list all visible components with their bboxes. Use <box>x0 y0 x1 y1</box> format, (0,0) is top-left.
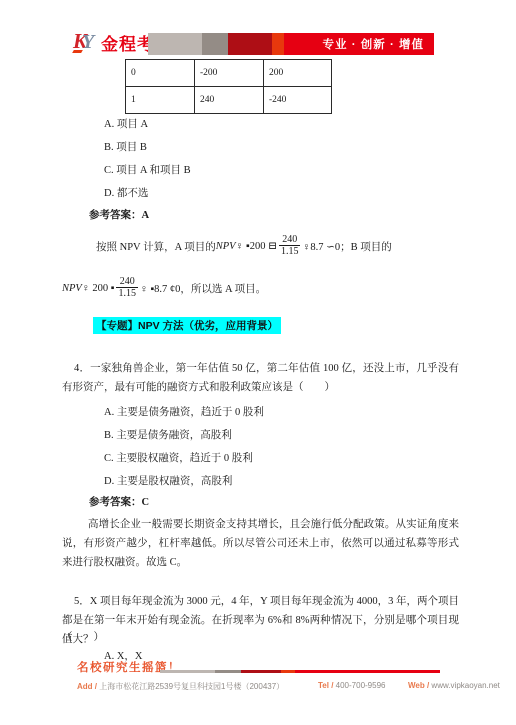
tel-label: Tel / <box>318 681 333 690</box>
q3-answer: 参考答案：A <box>89 207 149 222</box>
q3-solution-line-2: NPV ♀ 200 ▪2401.15 ♀ ▪8.7 ¢0，所以选 A 项目。 <box>62 276 266 300</box>
q3-option-b: B. 项目 B <box>104 139 147 154</box>
header-bar-segment-orange <box>272 33 284 55</box>
q5-bracket: （ ） <box>62 629 104 644</box>
footer-telephone: Tel / 400-700-9596 <box>318 681 385 690</box>
formula-text: ♀ ▪200 ⊟ <box>236 240 277 252</box>
document-page: K Y 金程考研 专业 · 创新 · 增值 0 -200 200 1 240 -… <box>0 0 516 725</box>
formula-text: ♀8.7 ∽0；B 项目的 <box>302 239 391 254</box>
header-bar-segment-lightgray <box>148 33 202 55</box>
header-bar-segment-darkred <box>228 33 272 55</box>
q4-answer: 参考答案：C <box>89 494 149 509</box>
q4-option-c: C. 主要股权融资，趋近于 0 股利 <box>104 450 253 465</box>
web-value: www.vipkaoyan.net <box>431 681 499 690</box>
q4-option-d: D. 主要是股权融资，高股利 <box>104 473 232 488</box>
q3-option-d: D. 都不选 <box>104 185 148 200</box>
q3-solution-line-1: 按照 NPV 计算，A 项目的 NPV ♀ ▪200 ⊟2401.15 ♀8.7… <box>96 234 392 258</box>
table-cell: 1 <box>126 87 195 114</box>
q4-explanation: 高增长企业一般需要长期资金支持其增长，且会施行低分配政策。从实证角度来说，有形资… <box>62 515 459 572</box>
logo-underline <box>72 50 83 53</box>
q3-option-a: A. 项目 A <box>104 116 148 131</box>
table-cell: -200 <box>195 60 264 87</box>
ky-monogram-icon: K Y <box>73 29 99 55</box>
footer-address: Add / 上海市松花江路2539号复旦科技园1号楼（200437） <box>77 681 284 692</box>
footer-website: Web / www.vipkaoyan.net <box>408 681 500 690</box>
fraction-denominator: 1.15 <box>116 287 138 300</box>
table-row: 1 240 -240 <box>126 87 332 114</box>
fraction-denominator: 1.15 <box>279 245 301 258</box>
footer-bar-segment-lightgray <box>160 670 215 673</box>
table-cell: 240 <box>195 87 264 114</box>
footer-bar-segment-red <box>295 670 440 673</box>
q4-option-b: B. 主要是债务融资，高股利 <box>104 427 232 442</box>
web-label: Web / <box>408 681 429 690</box>
formula-text: ♀ 200 ▪ <box>82 283 115 294</box>
footer-bar-segment-gray <box>215 670 241 673</box>
q4-option-a: A. 主要是债务融资，趋近于 0 股利 <box>104 404 264 419</box>
address-label: Add / <box>77 682 97 691</box>
header-banner: 专业 · 创新 · 增值 <box>284 33 434 55</box>
table-cell: 0 <box>126 60 195 87</box>
table-cell: -240 <box>264 87 332 114</box>
fraction: 2401.15 <box>116 276 138 300</box>
cashflow-table: 0 -200 200 1 240 -240 <box>125 59 332 114</box>
fraction-numerator: 240 <box>279 234 301 245</box>
q4-stem: 4．一家独角兽企业，第一年估值 50 亿，第二年估值 100 亿，还没上市，几乎… <box>62 360 459 397</box>
header-bar-segment-gray <box>202 33 228 55</box>
footer-bar-segment-orange <box>281 670 295 673</box>
header-slogan: 专业 · 创新 · 增值 <box>323 36 424 52</box>
q3-option-c: C. 项目 A 和项目 B <box>104 162 191 177</box>
address-value: 上海市松花江路2539号复旦科技园1号楼（200437） <box>99 682 284 691</box>
q5-stem: 5．X 项目每年现金流为 3000 元，4 年，Y 项目每年现金流为 4000，… <box>62 592 459 649</box>
fraction-numerator: 240 <box>116 276 138 287</box>
formula-text: ♀ ▪8.7 ¢0，所以选 A 项目。 <box>140 281 266 296</box>
npv-variable: NPV <box>216 241 236 252</box>
fraction: 2401.15 <box>279 234 301 258</box>
topic-highlight: 【专题】NPV 方法（优劣，应用背景） <box>93 317 281 334</box>
npv-variable: NPV <box>62 283 82 294</box>
table-row: 0 -200 200 <box>126 60 332 87</box>
footer-bar-segment-darkred <box>241 670 281 673</box>
table-cell: 200 <box>264 60 332 87</box>
formula-text: 按照 NPV 计算，A 项目的 <box>96 239 216 254</box>
tel-value: 400-700-9596 <box>336 681 386 690</box>
logo-letter-y: Y <box>82 30 94 54</box>
